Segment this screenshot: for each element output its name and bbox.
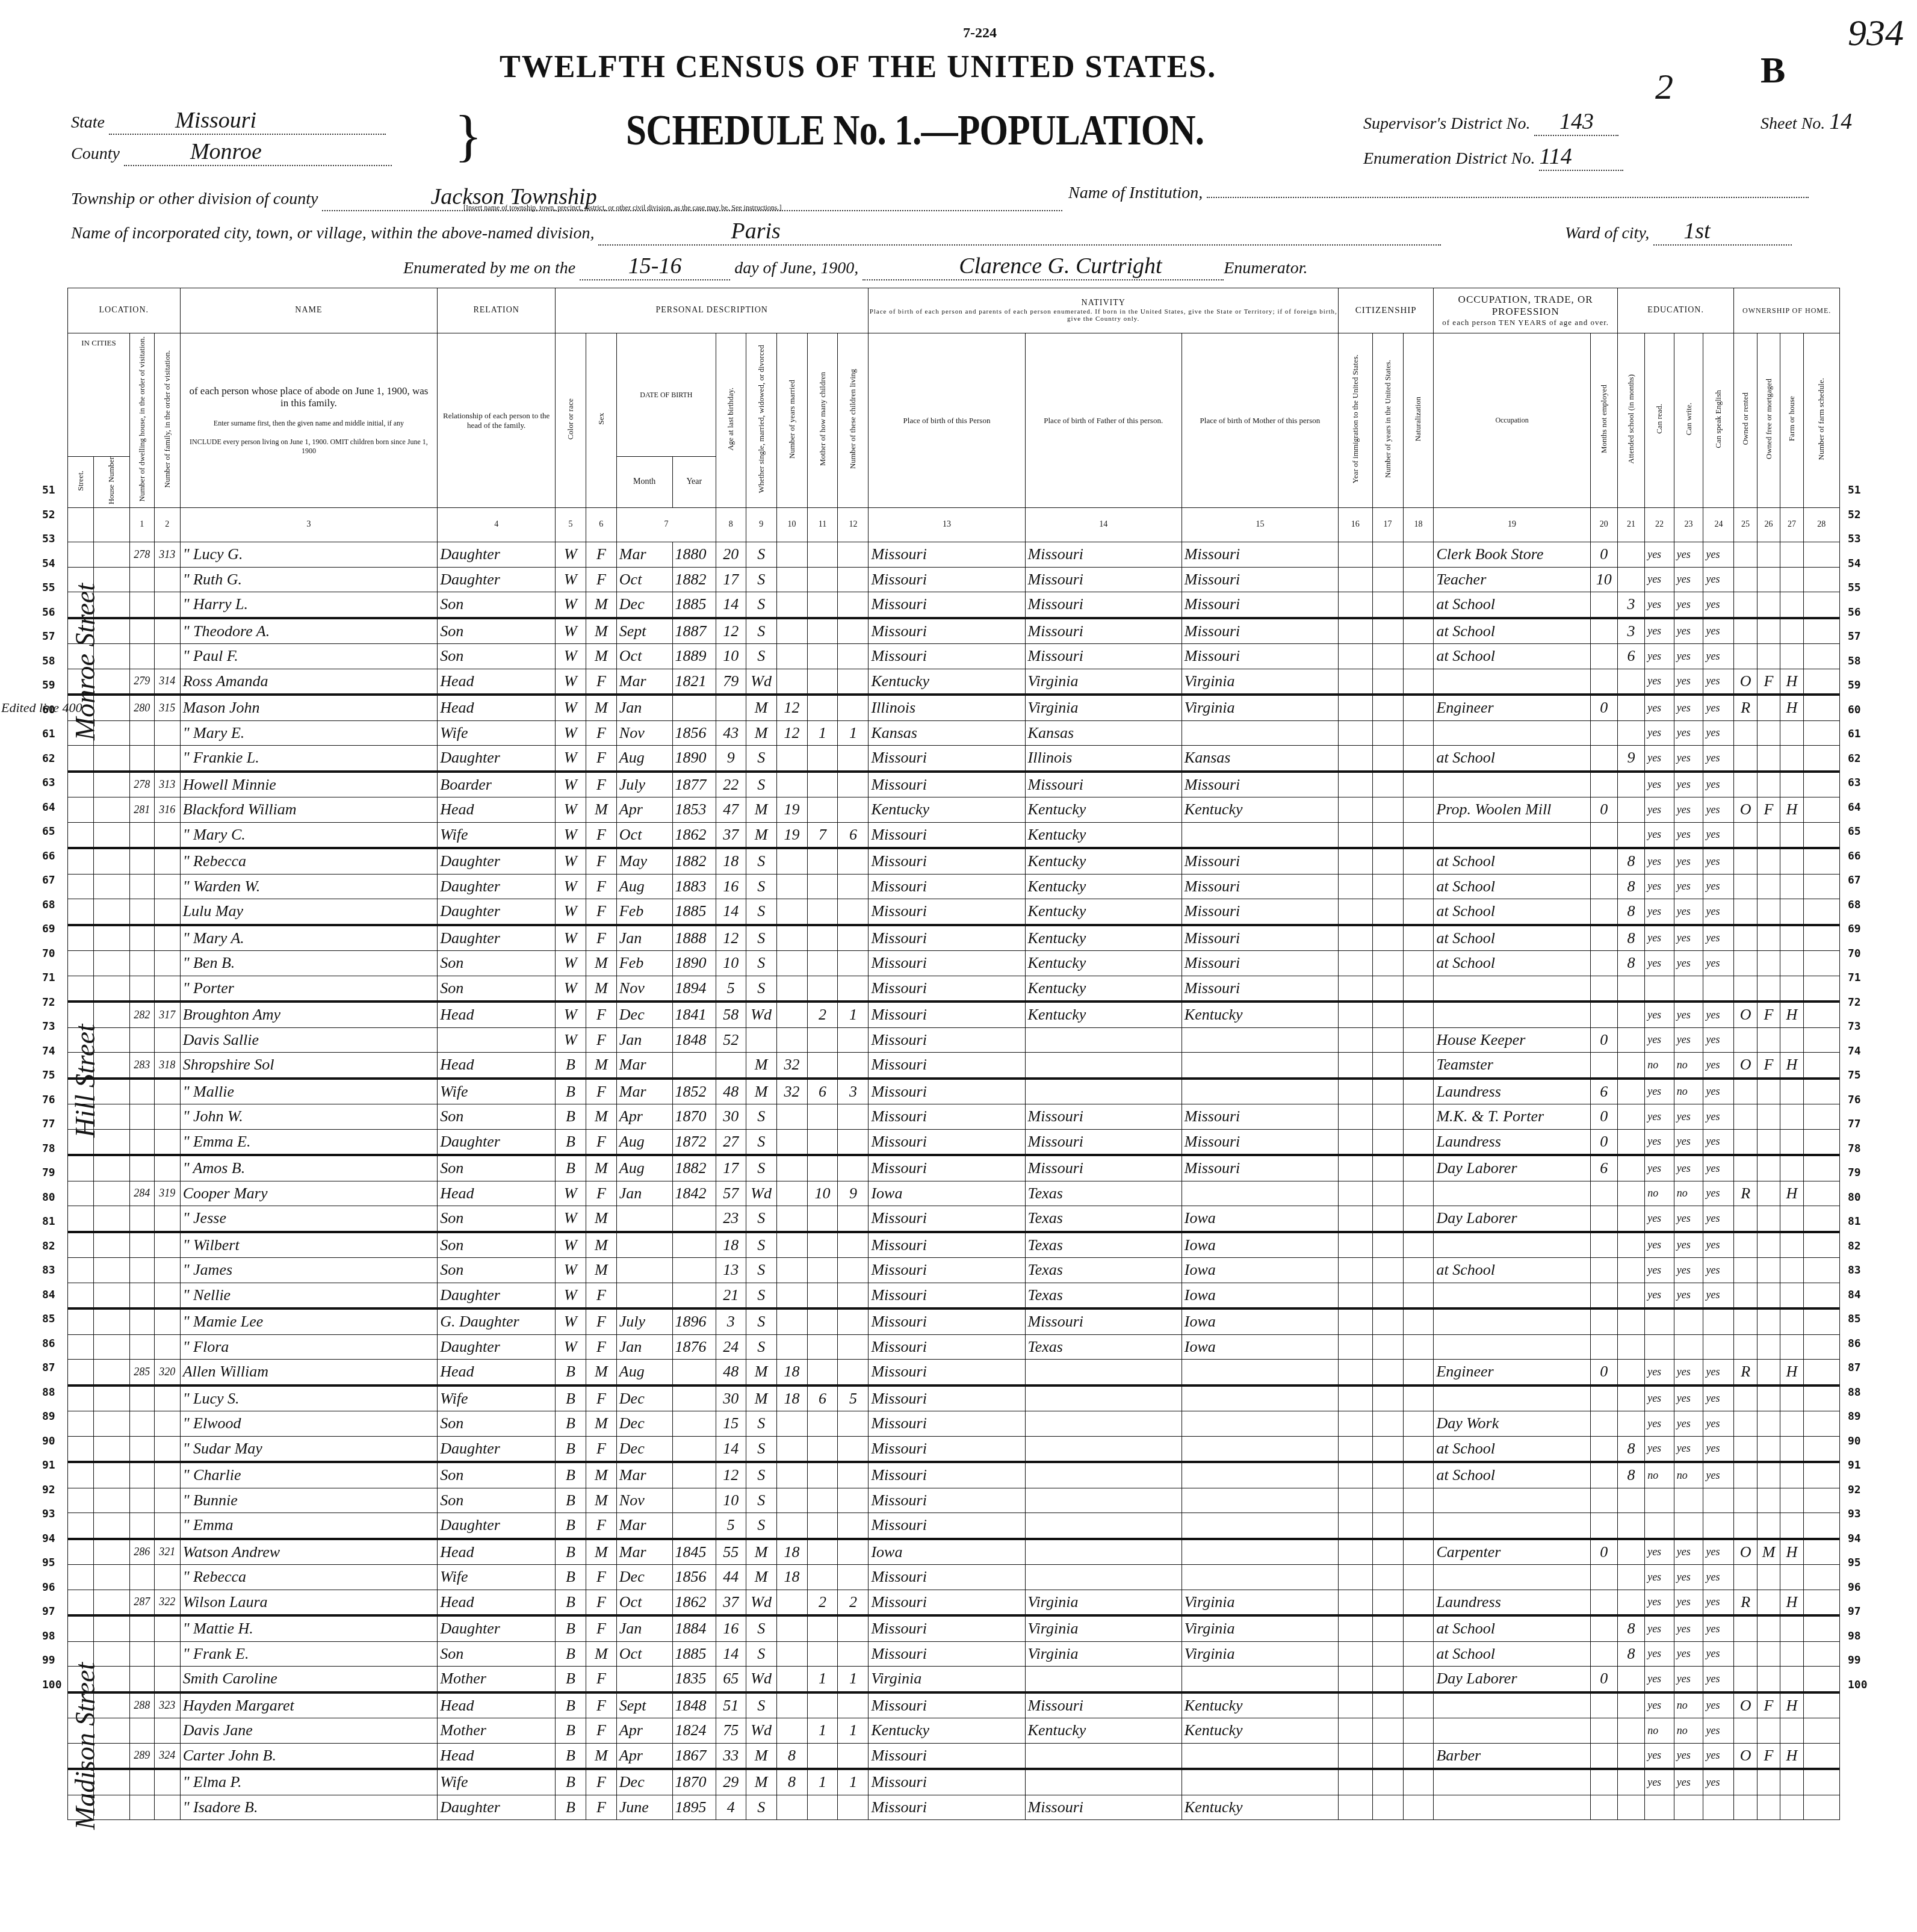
cell-write: yes (1674, 1411, 1703, 1437)
cell-year (672, 1436, 716, 1462)
cell-bf (1025, 1462, 1181, 1488)
cell-school (1617, 720, 1644, 746)
cell-bf (1025, 1436, 1181, 1462)
cell-fh: H (1780, 797, 1803, 823)
cell-bm (1181, 1386, 1338, 1411)
cell-color: B (556, 1411, 586, 1437)
header-can-write: Can write. (1674, 333, 1703, 508)
cell-name: " John W. (180, 1104, 438, 1130)
cell-dwelling (129, 1436, 154, 1462)
cell-occ (1434, 1769, 1590, 1795)
cell-family: 324 (154, 1743, 180, 1769)
cell-month: Dec (616, 1002, 672, 1027)
cell-occ: Teamster (1434, 1053, 1590, 1079)
cell-nat (1403, 1667, 1434, 1692)
cell-farm (1803, 1718, 1839, 1744)
cell-dwelling (129, 1104, 154, 1130)
cell-yrs (1372, 669, 1403, 695)
cell-relation: Wife (438, 1565, 556, 1590)
line-number: 57 (1848, 625, 1868, 649)
line-number: 100 (42, 1673, 62, 1698)
cell-speak: yes (1703, 951, 1734, 976)
cell-year (672, 1360, 716, 1386)
cell-marital: Wd (746, 669, 776, 695)
cell-mo (807, 874, 838, 899)
cell-occ (1434, 1334, 1590, 1360)
cell-imm (1339, 1053, 1373, 1079)
cell-yrs (1372, 720, 1403, 746)
cell-color: W (556, 1232, 586, 1258)
cell-own (1734, 720, 1757, 746)
cell-bm: Missouri (1181, 1129, 1338, 1155)
cell-fh (1780, 976, 1803, 1002)
cell-fh: H (1780, 1692, 1803, 1718)
cell-marital: S (746, 644, 776, 669)
cell-ym (776, 1488, 807, 1513)
cell-family (154, 618, 180, 644)
cell-fh (1780, 1795, 1803, 1820)
cell-speak: yes (1703, 746, 1734, 772)
cell-bp: Missouri (869, 567, 1025, 592)
cell-marital: S (746, 1513, 776, 1539)
cell-age: 55 (716, 1539, 746, 1565)
cell-occ (1434, 976, 1590, 1002)
cell-yrs (1372, 1386, 1403, 1411)
cell-school (1617, 1308, 1644, 1334)
line-number: 99 (1848, 1649, 1868, 1673)
institution-label: Name of Institution, (1068, 184, 1203, 202)
sheet-label: Sheet No. (1761, 114, 1825, 133)
table-row: " CharlieSonBMMar12SMissouriat School8no… (68, 1462, 1840, 1488)
cell-dwelling (129, 720, 154, 746)
column-number: 25 (1734, 508, 1757, 542)
cell-unemp (1590, 899, 1617, 925)
cell-ym (776, 1002, 807, 1027)
cell-name: " Frankie L. (180, 746, 438, 772)
cell-year (672, 1488, 716, 1513)
cell-imm (1339, 951, 1373, 976)
cell-marital: M (746, 695, 776, 720)
column-number: 16 (1339, 508, 1373, 542)
cell-ym: 18 (776, 1386, 807, 1411)
cell-imm (1339, 542, 1373, 568)
cell-ym: 8 (776, 1743, 807, 1769)
cell-farm (1803, 567, 1839, 592)
cell-sex: F (586, 1667, 616, 1692)
cell-month: Sept (616, 1692, 672, 1718)
cell-street (68, 1258, 94, 1283)
cell-imm (1339, 1539, 1373, 1565)
cell-dwelling (129, 567, 154, 592)
cell-dwelling (129, 618, 154, 644)
cell-color: W (556, 772, 586, 797)
cell-marital: S (746, 1411, 776, 1437)
cell-speak: yes (1703, 1232, 1734, 1258)
cell-imm (1339, 1155, 1373, 1181)
cell-month: Oct (616, 1590, 672, 1615)
cell-cl: 2 (838, 1590, 869, 1615)
cell-school (1617, 1539, 1644, 1565)
cell-month: Jan (616, 695, 672, 720)
cell-bp: Missouri (869, 951, 1025, 976)
county-field: County Monroe (71, 138, 392, 166)
cell-color: B (556, 1743, 586, 1769)
cell-farm (1803, 1667, 1839, 1692)
cell-nat (1403, 1743, 1434, 1769)
cell-cl (838, 1027, 869, 1053)
cell-ym (776, 848, 807, 874)
cell-unemp (1590, 874, 1617, 899)
cell-month: Nov (616, 1488, 672, 1513)
cell-sex: F (586, 1590, 616, 1615)
line-number: 57 (42, 625, 62, 649)
cell-free: F (1757, 669, 1780, 695)
cell-nat (1403, 1079, 1434, 1104)
cell-speak: yes (1703, 1053, 1734, 1079)
cell-free (1757, 822, 1780, 848)
cell-mo (807, 669, 838, 695)
cell-farm (1803, 1129, 1839, 1155)
header-years-us: Number of years in the United States. (1372, 333, 1403, 508)
cell-dwelling (129, 1308, 154, 1334)
enumeration-district-label: Enumeration District No. (1363, 149, 1535, 168)
cell-sex: M (586, 797, 616, 823)
cell-age: 9 (716, 746, 746, 772)
cell-mo (807, 1334, 838, 1360)
header-citizenship: CITIZENSHIP (1339, 288, 1434, 333)
cell-house (93, 1232, 129, 1258)
header-immigration: Year of immigration to the United States… (1339, 333, 1373, 508)
cell-imm (1339, 874, 1373, 899)
cell-month: Dec (616, 1411, 672, 1437)
cell-write: yes (1674, 797, 1703, 823)
cell-farm (1803, 797, 1839, 823)
cell-fh: H (1780, 1002, 1803, 1027)
cell-dwelling (129, 1129, 154, 1155)
cell-unemp: 6 (1590, 1155, 1617, 1181)
cell-bm (1181, 1769, 1338, 1795)
line-number: 86 (1848, 1332, 1868, 1357)
cell-free (1757, 1513, 1780, 1539)
cell-marital: M (746, 822, 776, 848)
cell-family (154, 644, 180, 669)
column-number: 8 (716, 508, 746, 542)
cell-bf: Kentucky (1025, 976, 1181, 1002)
cell-yrs (1372, 567, 1403, 592)
column-number: 2 (154, 508, 180, 542)
cell-name: Broughton Amy (180, 1002, 438, 1027)
cell-sex: M (586, 1053, 616, 1079)
cell-bm (1181, 1411, 1338, 1437)
cell-ym: 32 (776, 1079, 807, 1104)
cell-cl (838, 669, 869, 695)
table-row: 280315Mason JohnHeadWMJanM12IllinoisVirg… (68, 695, 1840, 720)
cell-unemp (1590, 1002, 1617, 1027)
cell-farm (1803, 1386, 1839, 1411)
institution-field: Name of Institution, (1068, 184, 1809, 203)
cell-name: " Mattie H. (180, 1615, 438, 1641)
cell-school (1617, 1181, 1644, 1206)
header-owned-rented: Owned or rented (1734, 333, 1757, 508)
cell-read: yes (1645, 1283, 1674, 1308)
header-can-speak: Can speak English (1703, 333, 1734, 508)
cell-name: " Frank E. (180, 1641, 438, 1667)
cell-marital: S (746, 1488, 776, 1513)
cell-sex: F (586, 1386, 616, 1411)
line-number: 66 (1848, 844, 1868, 869)
cell-year: 1877 (672, 772, 716, 797)
cell-ym (776, 1692, 807, 1718)
cell-farm (1803, 669, 1839, 695)
cell-name: " Emma (180, 1513, 438, 1539)
cell-yrs (1372, 772, 1403, 797)
column-number: 21 (1617, 508, 1644, 542)
cell-bm: Iowa (1181, 1308, 1338, 1334)
line-number: 87 (42, 1356, 62, 1381)
line-number: 92 (42, 1478, 62, 1503)
table-row: 278313Howell MinnieBoarderWFJuly187722SM… (68, 772, 1840, 797)
cell-own (1734, 1079, 1757, 1104)
page-letter: B (1761, 49, 1785, 92)
cell-street (68, 1155, 94, 1181)
cell-dwelling (129, 1386, 154, 1411)
cell-yrs (1372, 1641, 1403, 1667)
county-value: Monroe (124, 138, 392, 166)
cell-yrs (1372, 1155, 1403, 1181)
cell-yrs (1372, 822, 1403, 848)
cell-age: 48 (716, 1360, 746, 1386)
cell-family (154, 1667, 180, 1692)
cell-nat (1403, 695, 1434, 720)
table-row: " NellieDaughterWF21SMissouriTexasIowaye… (68, 1283, 1840, 1308)
cell-color: W (556, 746, 586, 772)
cell-yrs (1372, 1206, 1403, 1232)
nativity-desc: Place of birth of each person and parent… (869, 308, 1338, 323)
cell-speak: yes (1703, 1667, 1734, 1692)
cell-color: B (556, 1436, 586, 1462)
cell-write: yes (1674, 695, 1703, 720)
cell-ym: 12 (776, 720, 807, 746)
cell-nat (1403, 1283, 1434, 1308)
cell-yrs (1372, 1360, 1403, 1386)
cell-bp: Missouri (869, 1334, 1025, 1360)
cell-relation: Daughter (438, 925, 556, 951)
cell-age: 37 (716, 1590, 746, 1615)
institution-value (1207, 197, 1809, 198)
cell-fh: H (1780, 1360, 1803, 1386)
cell-write: yes (1674, 592, 1703, 618)
cell-farm (1803, 848, 1839, 874)
cell-own (1734, 1386, 1757, 1411)
cell-sex: F (586, 567, 616, 592)
cell-dwelling (129, 874, 154, 899)
cell-speak: yes (1703, 899, 1734, 925)
cell-color: B (556, 1718, 586, 1744)
cell-street (68, 1206, 94, 1232)
cell-unemp (1590, 925, 1617, 951)
cell-read: yes (1645, 1743, 1674, 1769)
cell-imm (1339, 720, 1373, 746)
cell-own (1734, 925, 1757, 951)
cell-own (1734, 1206, 1757, 1232)
cell-bf: Texas (1025, 1334, 1181, 1360)
line-number: 83 (42, 1259, 62, 1283)
cell-ym (776, 1590, 807, 1615)
county-label: County (71, 144, 120, 163)
cell-dwelling (129, 1667, 154, 1692)
cell-own (1734, 1129, 1757, 1155)
street-name-madison: Madison Street (69, 1372, 101, 1830)
table-row: 286321Watson AndrewHeadBMMar184555M18Iow… (68, 1539, 1840, 1565)
cell-mo: 1 (807, 1718, 838, 1744)
cell-school (1617, 822, 1644, 848)
cell-unemp (1590, 1181, 1617, 1206)
line-number: 76 (42, 1088, 62, 1113)
cell-name: " Rebecca (180, 848, 438, 874)
cell-ym (776, 1129, 807, 1155)
cell-bf (1025, 1027, 1181, 1053)
cell-write: yes (1674, 1539, 1703, 1565)
line-numbers-right: 5152535455565758596061626364656667686970… (1848, 478, 1868, 1697)
cell-family (154, 1411, 180, 1437)
line-number: 89 (42, 1405, 62, 1429)
cell-bf: Kentucky (1025, 1718, 1181, 1744)
cell-cl (838, 976, 869, 1002)
cell-relation: Son (438, 592, 556, 618)
cell-imm (1339, 669, 1373, 695)
cell-imm (1339, 1386, 1373, 1411)
cell-month: Apr (616, 1743, 672, 1769)
line-number: 58 (42, 649, 62, 674)
cell-own (1734, 1104, 1757, 1130)
cell-farm (1803, 1488, 1839, 1513)
cell-speak: yes (1703, 542, 1734, 568)
cell-marital: S (746, 1308, 776, 1334)
cell-free: F (1757, 1692, 1780, 1718)
line-number: 62 (1848, 747, 1868, 772)
cell-relation: Son (438, 1232, 556, 1258)
line-number: 100 (1848, 1673, 1868, 1698)
line-number: 52 (42, 503, 62, 528)
cell-marital: S (746, 618, 776, 644)
cell-bm (1181, 720, 1338, 746)
cell-nat (1403, 1002, 1434, 1027)
cell-month: May (616, 848, 672, 874)
cell-family (154, 1155, 180, 1181)
table-row: " Paul F.SonWMOct188910SMissouriMissouri… (68, 644, 1840, 669)
cell-school: 8 (1617, 848, 1644, 874)
cell-family (154, 1769, 180, 1795)
cell-color: B (556, 1488, 586, 1513)
cell-write: yes (1674, 1667, 1703, 1692)
cell-occ: at School (1434, 874, 1590, 899)
cell-speak: yes (1703, 797, 1734, 823)
cell-school (1617, 1206, 1644, 1232)
cell-fh (1780, 618, 1803, 644)
sheet-value: 14 (1829, 109, 1852, 134)
cell-year: 1895 (672, 1795, 716, 1820)
stamped-page-number: 934 (1848, 12, 1904, 55)
cell-color: B (556, 1155, 586, 1181)
cell-age: 27 (716, 1129, 746, 1155)
line-number: 94 (1848, 1527, 1868, 1552)
cell-ym: 19 (776, 797, 807, 823)
cell-ym (776, 1795, 807, 1820)
cell-own (1734, 822, 1757, 848)
cell-own (1734, 1769, 1757, 1795)
table-row: 281316Blackford WilliamHeadWMApr185347M1… (68, 797, 1840, 823)
cell-name: " Emma E. (180, 1129, 438, 1155)
cell-family (154, 899, 180, 925)
cell-own: R (1734, 1360, 1757, 1386)
state-field: State Missouri (71, 107, 386, 135)
cell-speak (1703, 1488, 1734, 1513)
cell-school (1617, 1104, 1644, 1130)
cell-own (1734, 567, 1757, 592)
cell-bm: Kentucky (1181, 797, 1338, 823)
supervisor-district-label: Supervisor's District No. (1363, 114, 1530, 133)
cell-farm (1803, 1283, 1839, 1308)
line-number: 69 (42, 917, 62, 942)
cell-read: yes (1645, 1002, 1674, 1027)
header-children-living: Number of these children living (838, 333, 869, 508)
cell-relation: Daughter (438, 899, 556, 925)
cell-color: W (556, 1027, 586, 1053)
line-number: 78 (42, 1137, 62, 1162)
cell-cl: 1 (838, 1769, 869, 1795)
cell-write: yes (1674, 746, 1703, 772)
cell-age: 21 (716, 1283, 746, 1308)
cell-marital: S (746, 1258, 776, 1283)
cell-age: 18 (716, 1232, 746, 1258)
cell-bf: Missouri (1025, 618, 1181, 644)
cell-school: 8 (1617, 1615, 1644, 1641)
cell-age: 33 (716, 1743, 746, 1769)
cell-bp: Missouri (869, 1590, 1025, 1615)
cell-read (1645, 1308, 1674, 1334)
cell-write: yes (1674, 644, 1703, 669)
cell-bp: Missouri (869, 1027, 1025, 1053)
cell-bf: Kentucky (1025, 822, 1181, 848)
cell-imm (1339, 1795, 1373, 1820)
cell-marital: S (746, 1641, 776, 1667)
cell-speak (1703, 976, 1734, 1002)
line-number: 98 (1848, 1624, 1868, 1649)
cell-year: 1883 (672, 874, 716, 899)
cell-sex: F (586, 1027, 616, 1053)
cell-ym (776, 644, 807, 669)
cell-mo (807, 1692, 838, 1718)
cell-cl (838, 797, 869, 823)
cell-nat (1403, 1513, 1434, 1539)
cell-bm: Iowa (1181, 1232, 1338, 1258)
cell-unemp (1590, 1386, 1617, 1411)
cell-color: W (556, 1181, 586, 1206)
line-number: 56 (42, 601, 62, 625)
cell-write: yes (1674, 669, 1703, 695)
line-number: 55 (1848, 576, 1868, 601)
cell-age: 12 (716, 1462, 746, 1488)
cell-farm (1803, 1027, 1839, 1053)
cell-marital: S (746, 1206, 776, 1232)
cell-name: Davis Jane (180, 1718, 438, 1744)
cell-free (1757, 618, 1780, 644)
cell-relation: Daughter (438, 1615, 556, 1641)
cell-speak: yes (1703, 1181, 1734, 1206)
cell-relation: Head (438, 695, 556, 720)
cell-bm (1181, 1360, 1338, 1386)
cell-free (1757, 1795, 1780, 1820)
